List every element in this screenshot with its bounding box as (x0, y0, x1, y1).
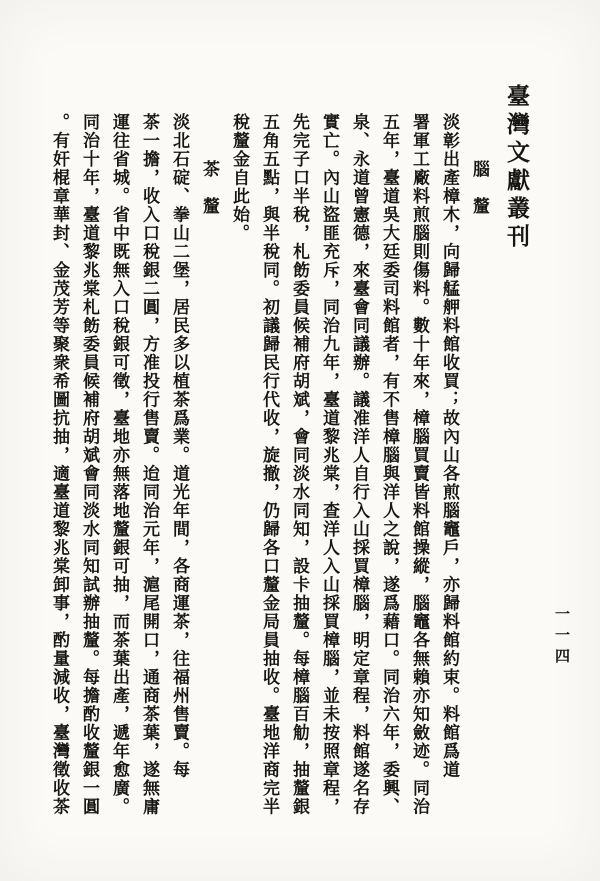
text-column: 稅釐金自此始。 (224, 113, 254, 849)
text-column: 同治十年，臺道黎兆棠札飭委員候補府胡斌會同淡水同知試辦抽釐。每擔酌收釐銀一圓 (74, 113, 104, 849)
series-title: 臺灣文獻叢刊 (500, 84, 533, 252)
text-column: 淡彰出產樟木，向歸艋舺料館收買；故內山各煎腦竈戶，亦歸料館約束。料館爲道 (434, 113, 464, 849)
text-column: 。有奸棍章華封、金茂芳等聚衆希圖抗抽，適臺道黎兆棠卸事，酌量減收，臺灣徵收茶 (44, 113, 74, 849)
text-column: 署軍工廠料煎腦則傷料。數十年來，樟腦買賣皆料館操縱，腦竈各無賴亦知斂迹。同治 (404, 113, 434, 849)
main-text-block: 腦 釐 淡彰出產樟木，向歸艋舺料館收買；故內山各煎腦竈戶，亦歸料館約束。料館爲道… (44, 113, 494, 849)
text-column: 五角五點，與半稅同。初議歸民行代收，旋撤，仍歸各口釐金局員抽收。臺地洋商完半 (254, 113, 284, 849)
text-column: 茶一擔，收入口稅銀二圓，方准投行售賣。迨同治元年，滬尾開口，通商茶葉，遂無庸 (134, 113, 164, 849)
text-column: 淡北石碇、拳山二堡，居民多以植茶爲業。道光年間，各商運茶，往福州售賣。每 (164, 113, 194, 849)
section-heading-camphor-likin: 腦 釐 (464, 113, 494, 849)
text-column: 先完子口半稅，札飭委員候補府胡斌，會同淡水同知，設卡抽釐。每樟腦百觔，抽釐銀 (284, 113, 314, 849)
section-heading-tea-likin: 茶 釐 (194, 113, 224, 849)
text-column: 五年，臺道吳大廷委司料館者，有不售樟腦與洋人之說，遂爲藉口。同治六年，委興、 (374, 113, 404, 849)
scanned-book-page: 臺灣文獻叢刊 一一四 腦 釐 淡彰出產樟木，向歸艋舺料館收買；故內山各煎腦竈戶，… (0, 0, 600, 881)
text-column: 運往省城。省中既無入口稅銀可徵，臺地亦無落地釐銀可抽，而茶葉出產，遞年愈廣。 (104, 113, 134, 849)
text-column: 實亡。內山盜匪充斥，同治九年，臺道黎兆棠，查洋人入山採買樟腦，並未按照章程， (314, 113, 344, 849)
page-number: 一一四 (551, 606, 572, 669)
text-column: 泉、永道曾憲德，來臺會同議辦。議准洋人自行入山採買樟腦，明定章程，料館遂名存 (344, 113, 374, 849)
